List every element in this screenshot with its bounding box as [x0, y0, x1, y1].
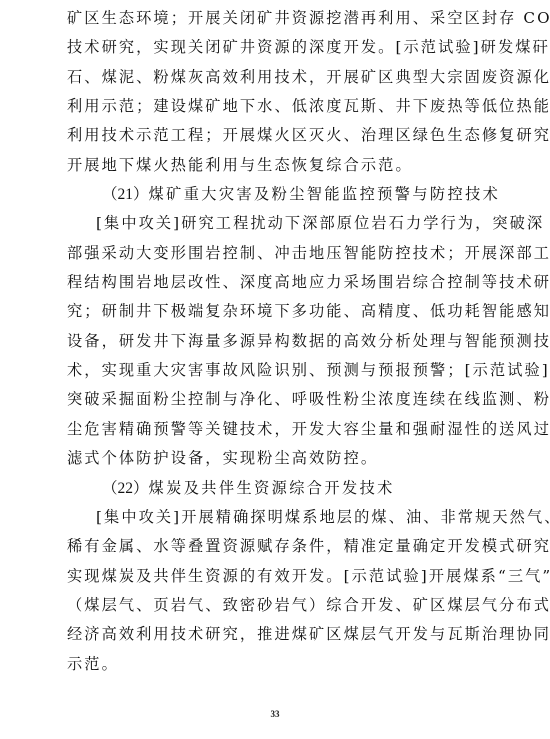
paragraph-line: 石、煤泥、粉煤灰高效利用技术，开展矿区典型大宗固废资源化 — [67, 63, 461, 92]
section-title: 煤矿重大灾害及粉尘智能监控预警与防控技术 — [149, 185, 501, 203]
paragraph-line: 术，实现重大灾害事故风险识别、预测与预报预警；[示范试验] — [67, 356, 461, 385]
paragraph-line: 程结构围岩地层改性、深度高地应力采场围岩综合控制等技术研 — [67, 268, 461, 297]
section-number: （22） — [102, 480, 149, 497]
section-number: （21） — [102, 186, 149, 203]
paragraph-line: 开展地下煤火热能利用与生态恢复综合示范。 — [67, 151, 461, 180]
section-title: 煤炭及共伴生资源综合开发技术 — [149, 479, 395, 497]
section-heading-21: （21）煤矿重大灾害及粉尘智能监控预警与防控技术 — [67, 180, 461, 209]
paragraph-line: 矿区生态环境；开展关闭矿井资源挖潜再利用、采空区封存 CO2 — [67, 4, 461, 33]
paragraph-line: 尘危害精确预警等关键技术，开发大容尘量和强耐湿性的送风过 — [67, 415, 461, 444]
paragraph-line: 设备，研发井下海量多源异构数据的高效分析处理与智能预测技 — [67, 327, 461, 356]
paragraph-line: 稀有金属、水等叠置资源赋存条件，精准定量确定开发模式研究， — [67, 532, 461, 561]
document-body: 矿区生态环境；开展关闭矿井资源挖潜再利用、采空区封存 CO2 技术研究，实现关闭… — [67, 4, 461, 679]
paragraph-line: 部强采动大变形围岩控制、冲击地压智能防控技术；开展深部工 — [67, 239, 461, 268]
paragraph-line: 实现煤炭及共伴生资源的有效开发。[示范试验]开展煤系“三气” — [67, 562, 461, 591]
paragraph-line: [集中攻关]开展精确探明煤系地层的煤、油、非常规天然气、 — [67, 503, 461, 532]
document-page: 矿区生态环境；开展关闭矿井资源挖潜再利用、采空区封存 CO2 技术研究，实现关闭… — [0, 0, 550, 739]
paragraph-line: 示范。 — [67, 650, 461, 679]
paragraph-line: 究；研制井下极端复杂环境下多功能、高精度、低功耗智能感知 — [67, 297, 461, 326]
paragraph-line: （煤层气、页岩气、致密砂岩气）综合开发、矿区煤层气分布式 — [67, 591, 461, 620]
paragraph-line: 突破采掘面粉尘控制与净化、呼吸性粉尘浓度连续在线监测、粉 — [67, 385, 461, 414]
section-heading-22: （22）煤炭及共伴生资源综合开发技术 — [67, 474, 461, 503]
paragraph-line: 技术研究，实现关闭矿井资源的深度开发。[示范试验]研发煤矸 — [67, 33, 461, 62]
paragraph-line: 利用技术示范工程；开展煤火区灭火、治理区绿色生态修复研究， — [67, 121, 461, 150]
paragraph-line: 滤式个体防护设备，实现粉尘高效防控。 — [67, 444, 461, 473]
page-number: 33 — [0, 709, 550, 719]
paragraph-line: 利用示范；建设煤矿地下水、低浓度瓦斯、井下废热等低位热能 — [67, 92, 461, 121]
paragraph-line: 经济高效利用技术研究，推进煤矿区煤层气开发与瓦斯治理协同 — [67, 620, 461, 649]
paragraph-line: [集中攻关]研究工程扰动下深部原位岩石力学行为，突破深 — [67, 209, 461, 238]
